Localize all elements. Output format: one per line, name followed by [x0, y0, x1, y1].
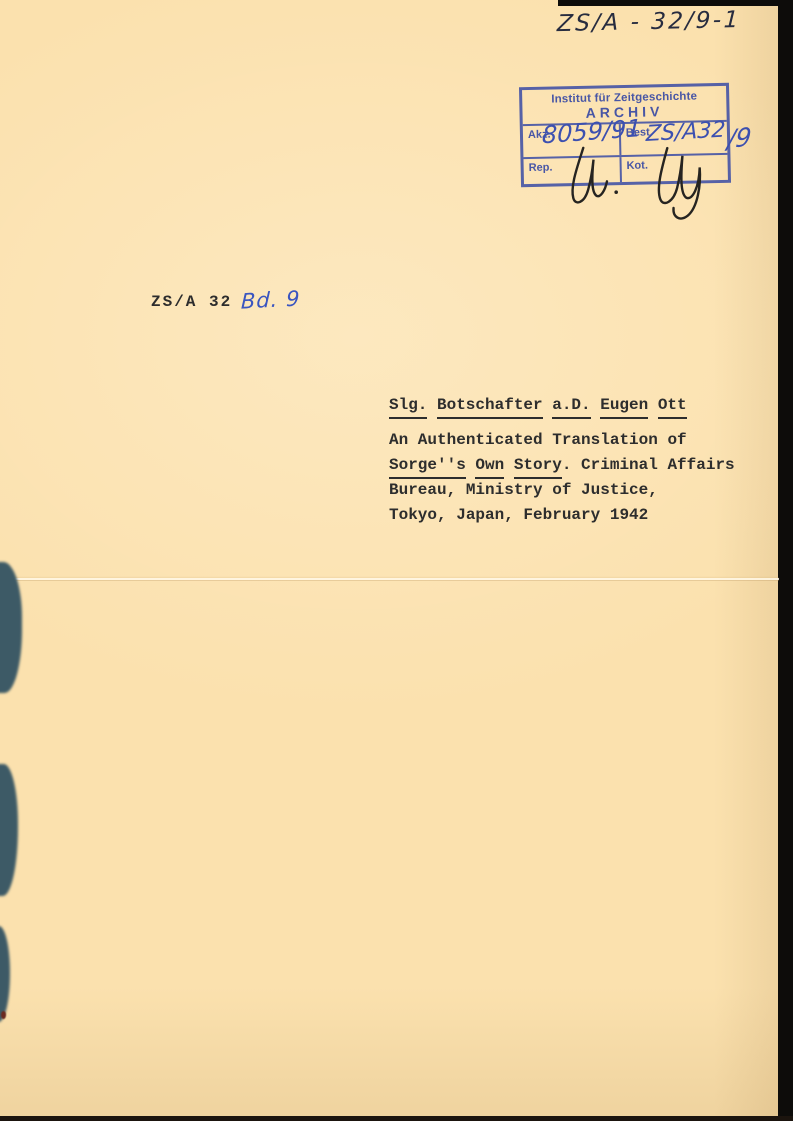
title-word: Slg. — [389, 394, 427, 419]
ink-signature-marks — [555, 143, 722, 228]
title-word: a.D. — [552, 394, 590, 419]
underlined-word: Own — [475, 454, 504, 479]
signature-initial-left — [572, 147, 608, 202]
underlined-word: Sorge''s — [389, 454, 466, 479]
title-word: Botschafter — [437, 394, 543, 419]
title-line-collection: Slg.Botschaftera.D.EugenOtt — [389, 394, 754, 419]
handwritten-best-suffix: /9 — [726, 122, 753, 155]
scan-edge-blot — [0, 562, 22, 693]
title-line-4: Bureau, Ministry of Justice, — [389, 479, 754, 504]
archive-stamp: Institut für Zeitgeschichte ARCHIV Akz. … — [519, 83, 731, 187]
scan-edge-blot — [0, 764, 18, 896]
scan-edge-blot — [0, 926, 10, 1022]
title-word: Ott — [658, 394, 687, 419]
signature-dot — [614, 190, 618, 194]
scan-border-right — [778, 0, 793, 1121]
title-line-5: Tokyo, Japan, February 1942 — [389, 504, 754, 529]
underlined-word: Story — [514, 454, 562, 479]
typed-shelfmark: ZS/A 32 — [151, 293, 232, 311]
handwritten-volume-number: Bd. 9 — [241, 286, 301, 313]
title-line-2: An Authenticated Translation of — [389, 429, 754, 454]
handwritten-call-number: ZS/A - 32/9-1 — [556, 7, 741, 37]
signature-initial-right — [658, 147, 701, 218]
scan-border-top — [558, 0, 793, 6]
title-line-3: Sorge''sOwnStory. Criminal Affairs — [389, 454, 754, 479]
scan-border-bottom — [0, 1116, 793, 1121]
title-line-3-rest: . Criminal Affairs — [562, 456, 735, 474]
stamp-rep-label: Rep. — [529, 162, 553, 174]
typed-title-block: Slg.Botschaftera.D.EugenOtt An Authentic… — [389, 394, 754, 529]
scan-speck — [1, 1011, 6, 1019]
paper-fold-crease — [0, 578, 779, 580]
title-word: Eugen — [600, 394, 648, 419]
scanned-document-page: ZS/A - 32/9-1 Institut für Zeitgeschicht… — [0, 0, 793, 1121]
